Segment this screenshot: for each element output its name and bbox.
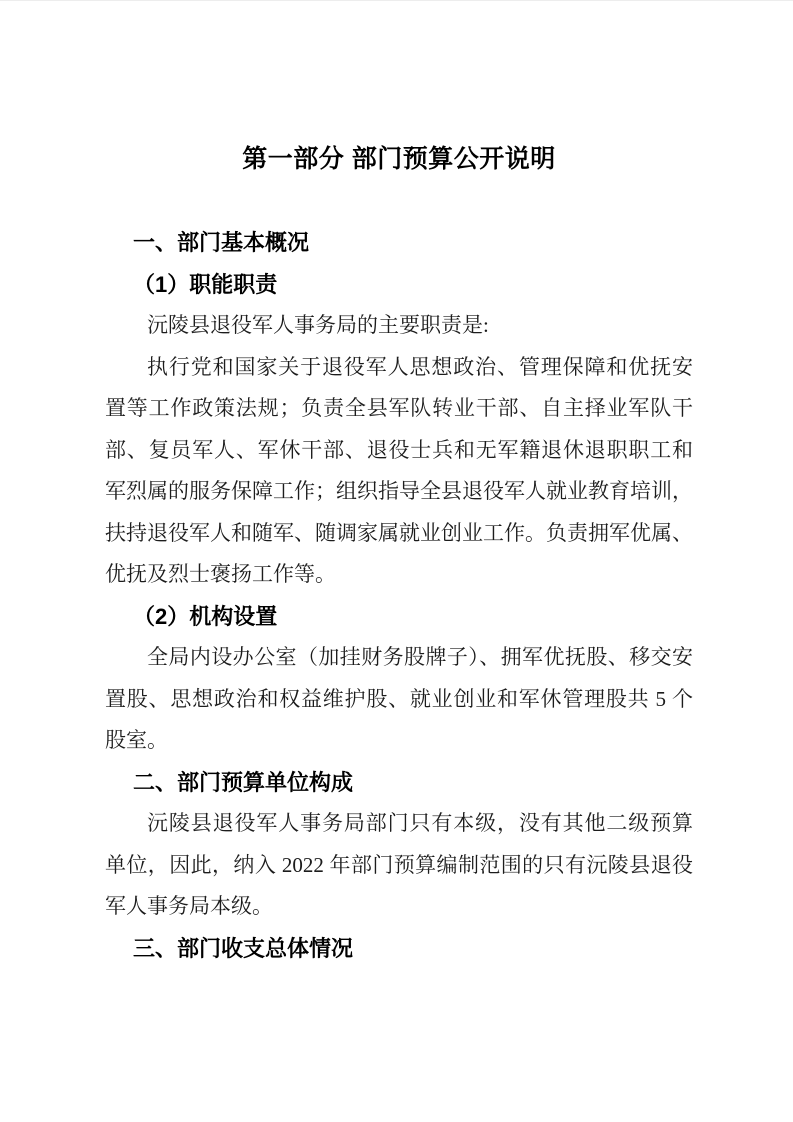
paragraph-line: 扶持退役军人和随军、随调家属就业创业工作。负责拥军优属、 [105,513,693,555]
paragraph-line: 执行党和国家关于退役军人思想政治、管理保障和优抚安 [105,347,693,389]
paragraph-line: 军人事务局本级。 [105,886,693,928]
section-heading-3: 三、部门收支总体情况 [105,928,693,970]
paragraph-line: 股室。 [105,720,693,762]
paragraph-line: 置等工作政策法规；负责全县军队转业干部、自主择业军队干 [105,388,693,430]
document-title: 第一部分 部门预算公开说明 [105,139,693,181]
document-content: 第一部分 部门预算公开说明 一、部门基本概况 （1）职能职责 沅陵县退役军人事务… [105,139,693,969]
paragraph-line: 部、复员军人、军休干部、退役士兵和无军籍退休退职职工和 [105,430,693,472]
subsection-heading-1-2: （2）机构设置 [105,596,693,638]
subsection-heading-1-1: （1）职能职责 [105,264,693,306]
paragraph-line: 全局内设办公室（加挂财务股牌子）、拥军优抚股、移交安 [105,637,693,679]
paragraph-line: 沅陵县退役军人事务局的主要职责是: [105,305,693,347]
paragraph-line: 军烈属的服务保障工作；组织指导全县退役军人就业教育培训， [105,471,693,513]
paragraph-line: 沅陵县退役军人事务局部门只有本级，没有其他二级预算 [105,803,693,845]
section-heading-2: 二、部门预算单位构成 [105,762,693,804]
document-page: 第一部分 部门预算公开说明 一、部门基本概况 （1）职能职责 沅陵县退役军人事务… [0,0,793,1122]
paragraph-line: 置股、思想政治和权益维护股、就业创业和军休管理股共 5 个 [105,679,693,721]
paragraph-line: 单位，因此，纳入 2022 年部门预算编制范围的只有沅陵县退役 [105,845,693,887]
section-heading-1: 一、部门基本概况 [105,222,693,264]
paragraph-line: 优抚及烈士褒扬工作等。 [105,554,693,596]
